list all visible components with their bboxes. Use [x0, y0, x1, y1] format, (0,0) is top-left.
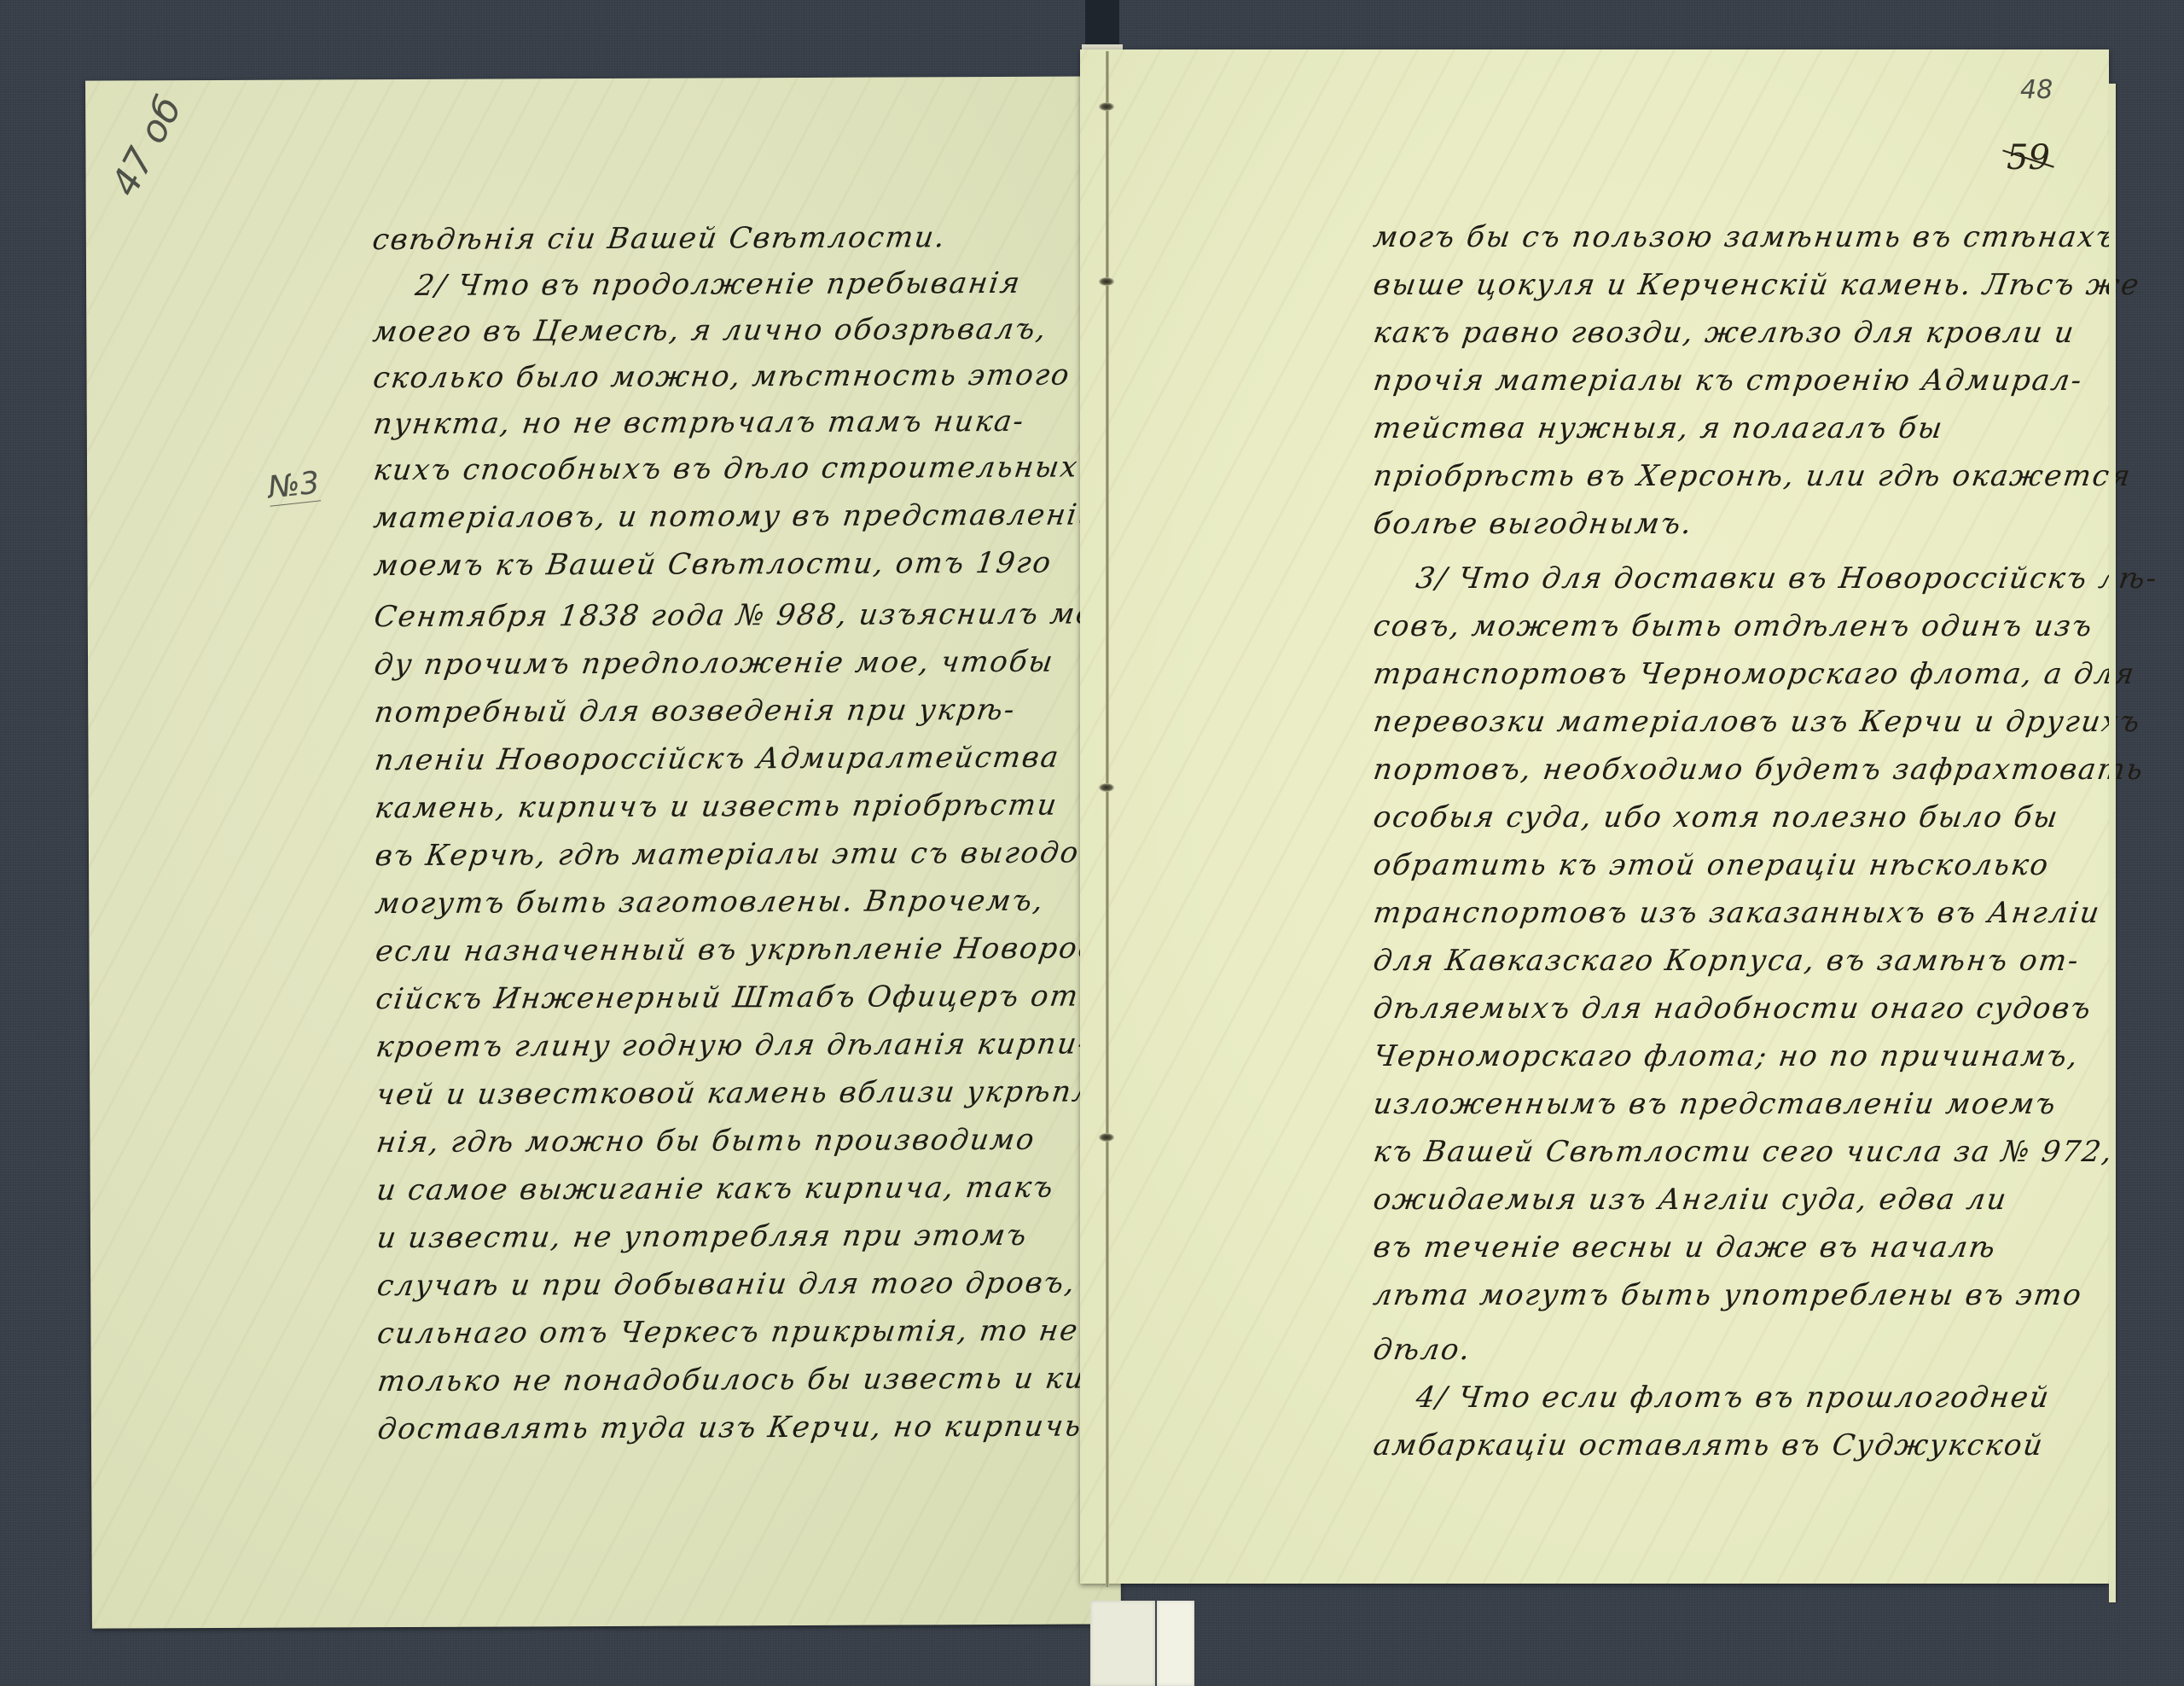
binding-thread-top	[1085, 0, 1119, 53]
text-line: матеріаловъ, и потому въ представленіи	[372, 497, 1101, 535]
stitch-hole	[1099, 277, 1114, 286]
text-line: и самое выжиганіе какъ кирпича, такъ	[375, 1171, 1056, 1207]
text-line: въ Керчѣ, гдѣ матеріалы эти съ выгодою	[373, 835, 1109, 873]
text-line: и извести, не употребляя при этомъ	[375, 1218, 1030, 1255]
stitch-hole	[1099, 783, 1114, 792]
stitch-hole	[1099, 1133, 1114, 1142]
text-line: камень, кирпичъ и известь пріобрѣсти	[373, 788, 1060, 826]
stitch-hole	[1099, 102, 1114, 111]
margin-pencil-note: №3	[266, 465, 322, 506]
text-line: чей и известковой камень вблизи укрѣпле-	[375, 1074, 1125, 1112]
left-page: 47 об №3 свѣдѣнія сіи Вашей Свѣтлости. 2…	[85, 76, 1121, 1628]
text-line: портовъ, необходимо будетъ зафрахтовать	[1371, 753, 2146, 787]
text-line: моемъ къ Вашей Свѣтлости, отъ 19го	[372, 546, 1054, 583]
text-line: дѣло.	[1371, 1333, 1473, 1367]
text-line: потребный для возведенія при укрѣ-	[373, 693, 1019, 730]
text-line: выше цокуля и Керченскій камень. Лѣсъ же	[1371, 268, 2142, 302]
text-line: обратить къ этой операціи нѣсколько	[1371, 848, 2052, 882]
text-line: ожидаемыя изъ Англіи суда, едва ли	[1371, 1183, 2010, 1217]
text-line: только не понадобилось бы известь и кирп…	[375, 1361, 1186, 1398]
text-line: для Кавказскаго Корпуса, въ замѣнъ от-	[1371, 944, 2082, 978]
text-line: особыя суда, ибо хотя полезно было бы	[1371, 800, 2061, 834]
text-line: сильнаго отъ Черкесъ прикрытія, то не	[375, 1314, 1082, 1352]
binding-tab	[1157, 1601, 1194, 1686]
text-line: пріобрѣсть въ Херсонѣ, или гдѣ окажется	[1371, 459, 2134, 493]
text-line: лѣта могутъ быть употреблены въ это	[1371, 1278, 2085, 1312]
text-line: случаѣ и при добываніи для того дровъ,	[375, 1266, 1077, 1304]
text-line: кихъ способныхъ въ дѣло строительныхъ	[371, 450, 1101, 487]
binding-tab	[1090, 1601, 1155, 1686]
text-line: амбаркаціи оставлять въ Суджукской	[1371, 1428, 2046, 1462]
text-line: Черноморскаго флота; но по причинамъ,	[1371, 1039, 2081, 1073]
text-line: моего въ Цемесѣ, я лично обозрѣвалъ,	[371, 312, 1050, 349]
text-line: какъ равно гвозди, желѣзо для кровли и	[1371, 316, 2077, 350]
pencil-folio-number: 47 об	[103, 90, 191, 204]
text-line: изложеннымъ въ представленіи моемъ	[1371, 1087, 2059, 1121]
text-line: ду прочимъ предположеніе мое, чтобы	[372, 645, 1056, 682]
right-page: 48 59 могъ бы съ пользою замѣнить въ стѣ…	[1080, 49, 2109, 1584]
text-line: сійскъ Инженерный Штабъ Офицеръ от-	[374, 979, 1093, 1016]
text-line: прочія матеріалы къ строенію Адмирал-	[1371, 363, 2085, 398]
text-line: нія, гдѣ можно бы быть производимо	[375, 1123, 1038, 1160]
text-line: 4/ Что если флотъ въ прошлогодней	[1414, 1381, 2053, 1415]
text-line: 3/ Что для доставки въ Новороссійскъ лѣ-	[1414, 561, 2160, 596]
text-line: въ теченіе весны и даже въ началѣ	[1371, 1230, 1999, 1264]
text-line: сколько было можно, мѣстность этого	[371, 358, 1073, 396]
text-line: перевозки матеріаловъ изъ Керчи и других…	[1371, 705, 2143, 739]
struck-folio-number: 59	[2007, 138, 2050, 177]
text-line: кроетъ глину годную для дѣланія кирпи-	[374, 1027, 1091, 1065]
text-line: пункта, но не встрѣчалъ тамъ ника-	[371, 404, 1027, 441]
text-line: совъ, можетъ быть отдѣленъ одинъ изъ	[1371, 609, 2095, 643]
text-line: тейства нужныя, я полагалъ бы	[1371, 411, 1946, 445]
text-line: свѣдѣнія сіи Вашей Свѣтлости.	[370, 220, 948, 257]
text-line: 2/ Что въ продолженіе пребыванія	[413, 266, 1023, 303]
text-line: могъ бы съ пользою замѣнить въ стѣнахъ	[1371, 220, 2119, 254]
text-line: болѣе выгоднымъ.	[1371, 507, 1695, 541]
text-line: если назначенный въ укрѣпленіе Новорос-	[374, 931, 1110, 968]
text-line: дѣляемыхъ для надобности онаго судовъ	[1371, 991, 2094, 1026]
text-line: транспортовъ Черноморскаго флота, а для	[1371, 657, 2138, 691]
text-line: доставлять туда изъ Керчи, но кирпичь	[375, 1410, 1084, 1447]
text-line: могутъ быть заготовлены. Впрочемъ,	[374, 884, 1047, 921]
text-line: Сентября 1838 года № 988, изъяснилъ меж-	[372, 596, 1143, 634]
text-line: къ Вашей Свѣтлости сего числа за № 972,	[1371, 1135, 2116, 1169]
text-line: транспортовъ изъ заказанныхъ въ Англіи	[1371, 896, 2103, 930]
text-line: пленіи Новороссійскъ Адмиралтейства	[373, 741, 1062, 778]
pencil-folio-number: 48	[2020, 75, 2053, 105]
